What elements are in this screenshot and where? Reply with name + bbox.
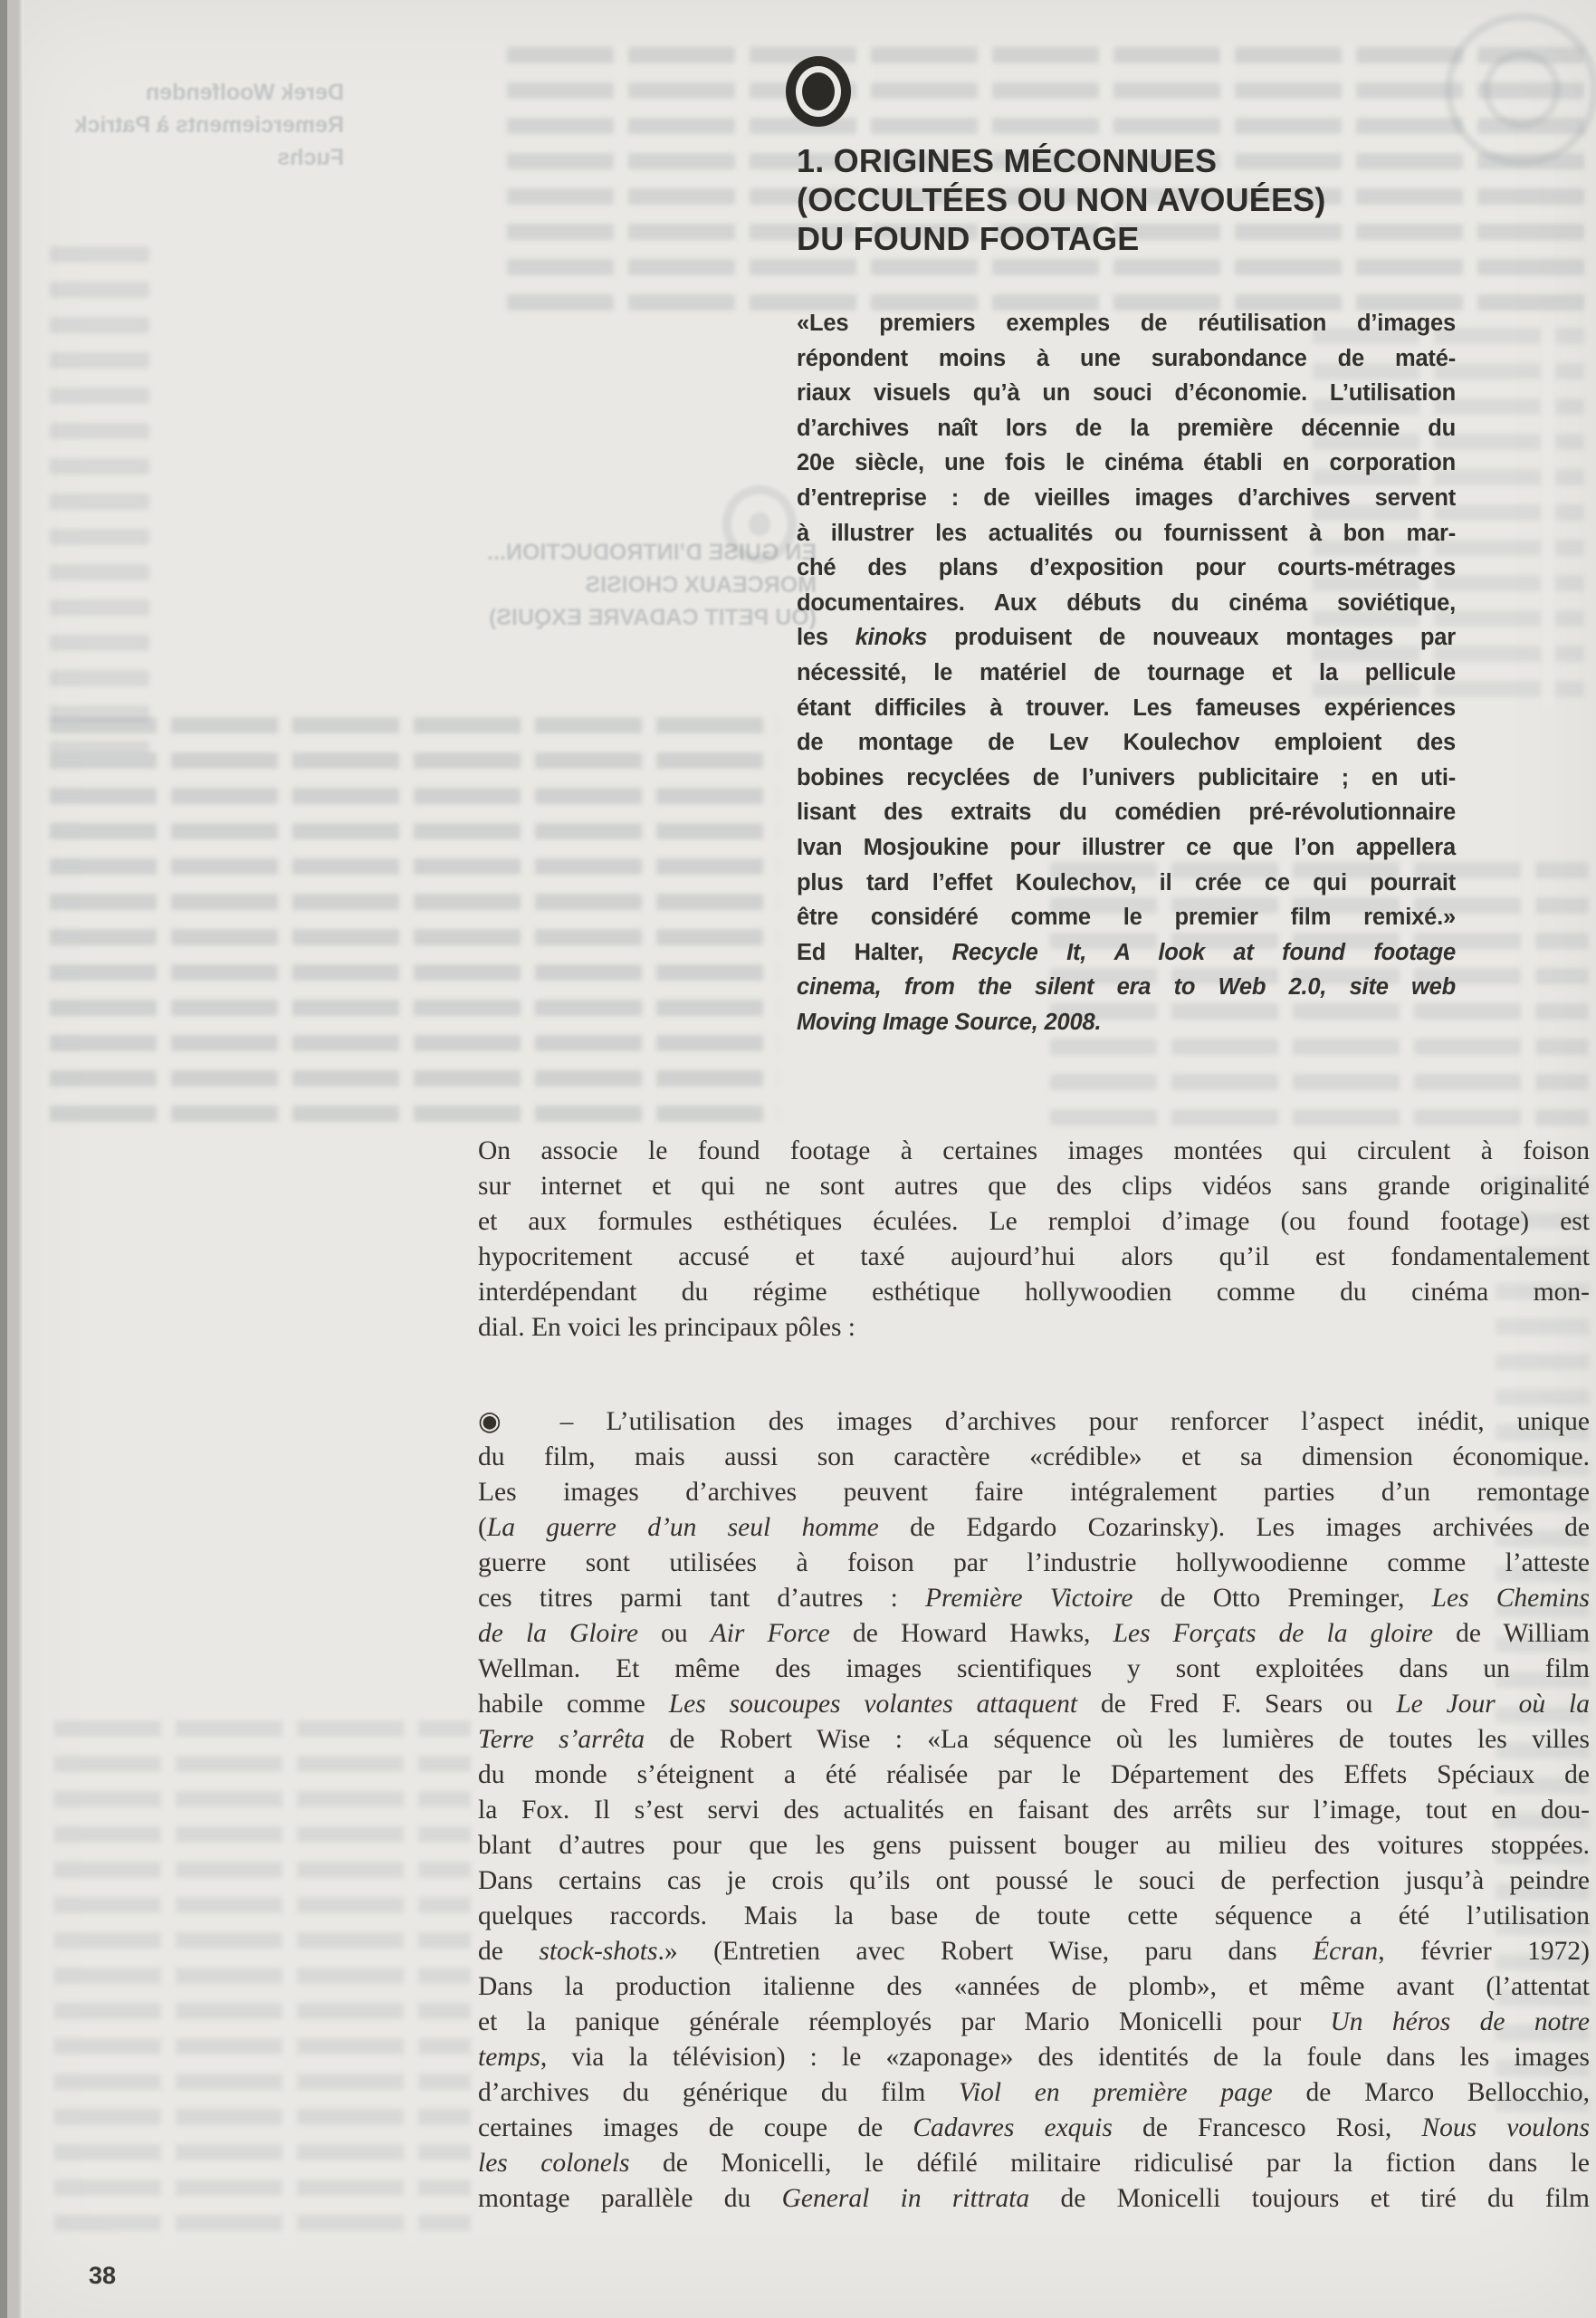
ghost-bleed-text-block [50,246,149,753]
body-paragraph: On associe le found footage à certaines … [478,1134,1590,1346]
section-heading: 1. ORIGINES MÉCONNUES(OCCULTÉES OU NON A… [797,141,1376,258]
bullseye-icon [786,56,851,127]
page-scan-edge [0,0,24,2318]
ghost-intro-heading: EN GUISE D’INTRODUCTION...MORCEAUX CHOIS… [425,536,817,634]
ghost-bleed-text-block [50,717,779,1126]
ghost-stamp-icon [1445,13,1596,167]
scanned-book-page: Derek WoolfendenRemerciements à Patrick … [0,0,1596,2318]
ghost-credits-text: Derek WoolfendenRemerciements à Patrick … [72,76,344,174]
pull-quote: «Les premiers exemples de réutilisation … [797,306,1456,1039]
bullet-paragraph: ◉ – L’utilisation des images d’archives … [478,1404,1590,2217]
page-number: 38 [89,2262,116,2290]
ghost-bleed-text-block [54,1720,471,2246]
